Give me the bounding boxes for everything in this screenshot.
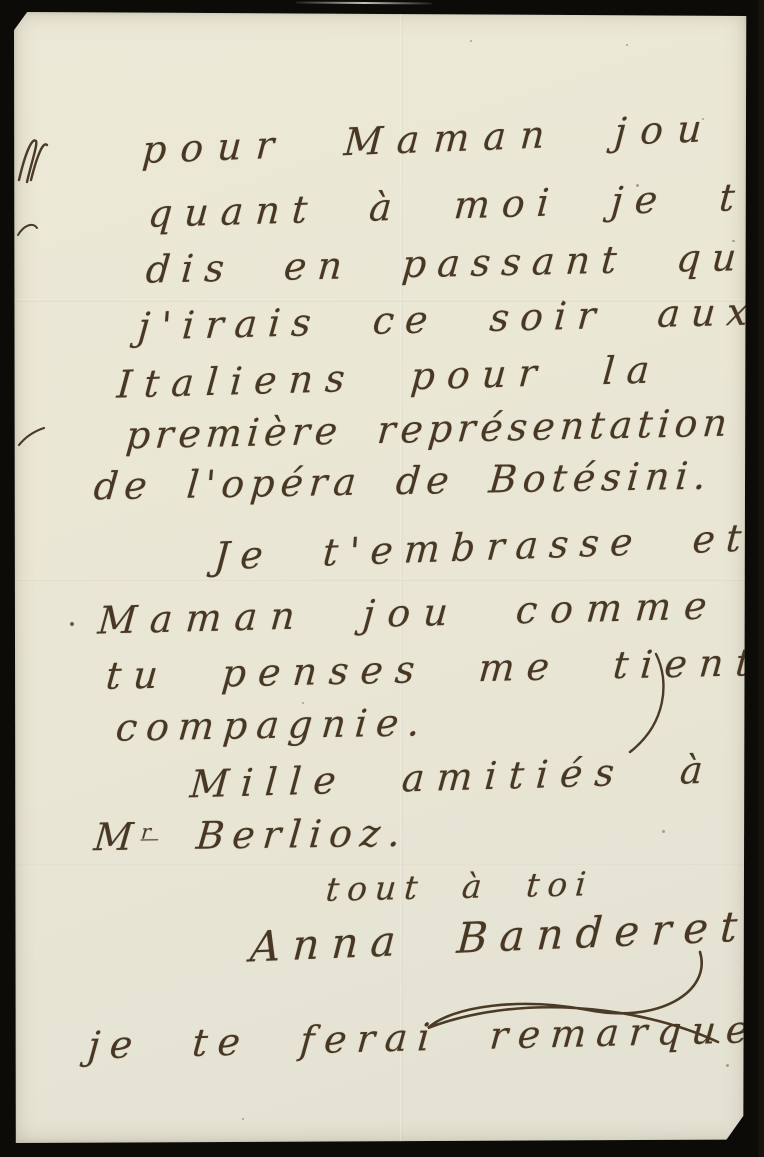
closing-line: tout à toi	[325, 867, 596, 906]
letter-line: première représentation	[124, 404, 733, 455]
letter-line: dis en passant que	[144, 237, 764, 288]
letter-line: quant à moi je te	[147, 177, 764, 233]
letter-line: compagnie.	[114, 703, 430, 747]
facing-page-ink-fragment	[16, 220, 40, 240]
paper-speck	[626, 44, 628, 46]
berlioz-name: Berlioz.	[156, 811, 410, 859]
scan-scratch-mark	[296, 2, 432, 5]
letter-line-berlioz: Mr Berlioz.	[92, 814, 410, 856]
paper-speck	[242, 1118, 244, 1120]
letter-line: pour Maman jou	[141, 109, 717, 169]
berlioz-initial: M	[92, 815, 143, 860]
paper-speck	[662, 830, 665, 833]
pen-swash	[624, 652, 676, 770]
ink-dot	[70, 622, 74, 626]
letter-line: Maman jou comme	[97, 586, 722, 639]
paper-speck	[302, 702, 304, 704]
paper-speck	[636, 184, 639, 187]
letter-page: pour Maman jou quant à moi je te dis en …	[14, 12, 747, 1143]
horizontal-fold-crease-middle	[14, 578, 747, 581]
facing-page-ink-fragment	[16, 132, 50, 190]
scanned-letter: pour Maman jou quant à moi je te dis en …	[0, 0, 764, 1157]
scan-edge-shadow	[758, 0, 764, 1157]
facing-page-ink-fragment	[17, 426, 47, 448]
paper-speck	[732, 240, 735, 242]
letter-line: Italiens pour la	[116, 350, 663, 403]
paper-speck	[470, 40, 472, 42]
paper-speck	[702, 118, 704, 120]
horizontal-fold-crease-lower	[14, 862, 747, 865]
letter-line: Je t'embrasse et	[213, 519, 754, 576]
paper-speck	[726, 1064, 729, 1067]
letter-line: de l'opéra de Botésini.	[92, 457, 713, 506]
paper-speck	[562, 300, 564, 303]
